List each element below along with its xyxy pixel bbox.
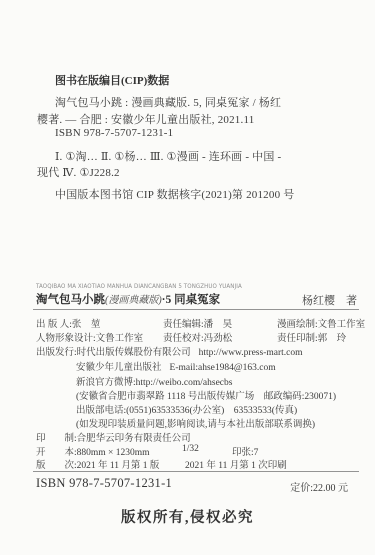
- press-name: 安徽少年儿童出版社: [76, 363, 162, 373]
- credit-proofreader: 责任校对:冯劲松: [163, 330, 232, 344]
- credit-format-fraction: 1/32: [182, 444, 199, 454]
- cip-description-line-2: 樱著. — 合肥 : 安徽少年儿童出版社, 2021.11: [37, 111, 254, 127]
- divider-bottom: [33, 471, 359, 472]
- credit-printer: 印 制:合肥华云印务有限责任公司: [36, 430, 191, 444]
- isbn-bottom: ISBN 978-7-5707-1231-1: [36, 476, 172, 491]
- publish-company: 出版发行:时代出版传媒股份有限公司: [36, 348, 191, 358]
- title-pinyin: TAOQIBAO MA XIAOTIAO MANHUA DIANCANGBAN …: [36, 283, 242, 290]
- cip-classification-line-2: 现代 Ⅳ. ①J228.2: [37, 164, 120, 180]
- press-email: E-mail:ahse1984@163.com: [170, 363, 276, 373]
- credit-quality-notice: (如发现印装质量问题,影响阅读,请与本社出版部联系调换): [76, 416, 315, 430]
- price: 定价:22.00 元: [290, 479, 348, 494]
- credit-format-sheets: 印张:7: [232, 444, 258, 458]
- credit-printing: 2021 年 11 月第 1 次印刷: [185, 457, 287, 471]
- book-title: 淘气包马小跳(漫画典藏版)·5 同桌冤家: [36, 291, 220, 307]
- book-title-edition-note: (漫画典藏版): [105, 295, 162, 306]
- cip-heading: 图书在版编目(CIP)数据: [55, 72, 169, 88]
- divider-top: [33, 309, 359, 310]
- credit-publisher: 出 版 人:张 堃: [36, 316, 100, 330]
- copyright-statement: 版权所有,侵权必究: [0, 506, 375, 527]
- book-title-main: 淘气包马小跳: [36, 294, 105, 306]
- credit-phone: 出版部电话:(0551)63533536(办公室) 63533533(传真): [76, 402, 297, 416]
- cip-record-number: 中国版本图书馆 CIP 数据核字(2021)第 201200 号: [55, 186, 294, 202]
- cip-description-line-1: 淘气包马小跳 : 漫画典藏版. 5, 同桌冤家 / 杨红: [55, 94, 281, 110]
- credit-weibo: 新浪官方微博:http://weibo.com/ahsecbs: [76, 374, 232, 388]
- cip-isbn-line: ISBN 978-7-5707-1231-1: [55, 127, 173, 139]
- book-title-volume: ·5 同桌冤家: [162, 294, 220, 306]
- credit-character-design: 人物形象设计:文鲁工作室: [36, 330, 143, 344]
- credit-publish-line: 出版发行:时代出版传媒股份有限公司http://www.press-mart.c…: [36, 344, 303, 358]
- credit-print-supervisor: 责任印制:郭 玲: [277, 330, 346, 344]
- credit-press-line: 安徽少年儿童出版社E-mail:ahse1984@163.com: [76, 359, 276, 373]
- author-name: 杨红樱 著: [302, 292, 357, 308]
- cip-classification-line-1: Ⅰ. ①淘… Ⅱ. ①杨… Ⅲ. ①漫画 - 连环画 - 中国 -: [55, 148, 281, 164]
- credit-format: 开 本:880mm × 1230mm: [36, 444, 150, 458]
- credit-edition: 版 次:2021 年 11 月第 1 版: [36, 457, 159, 471]
- credit-address: (安徽省合肥市翡翠路 1118 号出版传媒广场 邮政编码:230071): [76, 388, 336, 402]
- credit-editor: 责任编辑:潘 昊: [163, 316, 232, 330]
- credit-comic-art: 漫画绘制:文鲁工作室: [277, 316, 365, 330]
- publish-url: http://www.press-mart.com: [199, 348, 303, 358]
- copyright-page: 图书在版编目(CIP)数据 淘气包马小跳 : 漫画典藏版. 5, 同桌冤家 / …: [0, 0, 375, 555]
